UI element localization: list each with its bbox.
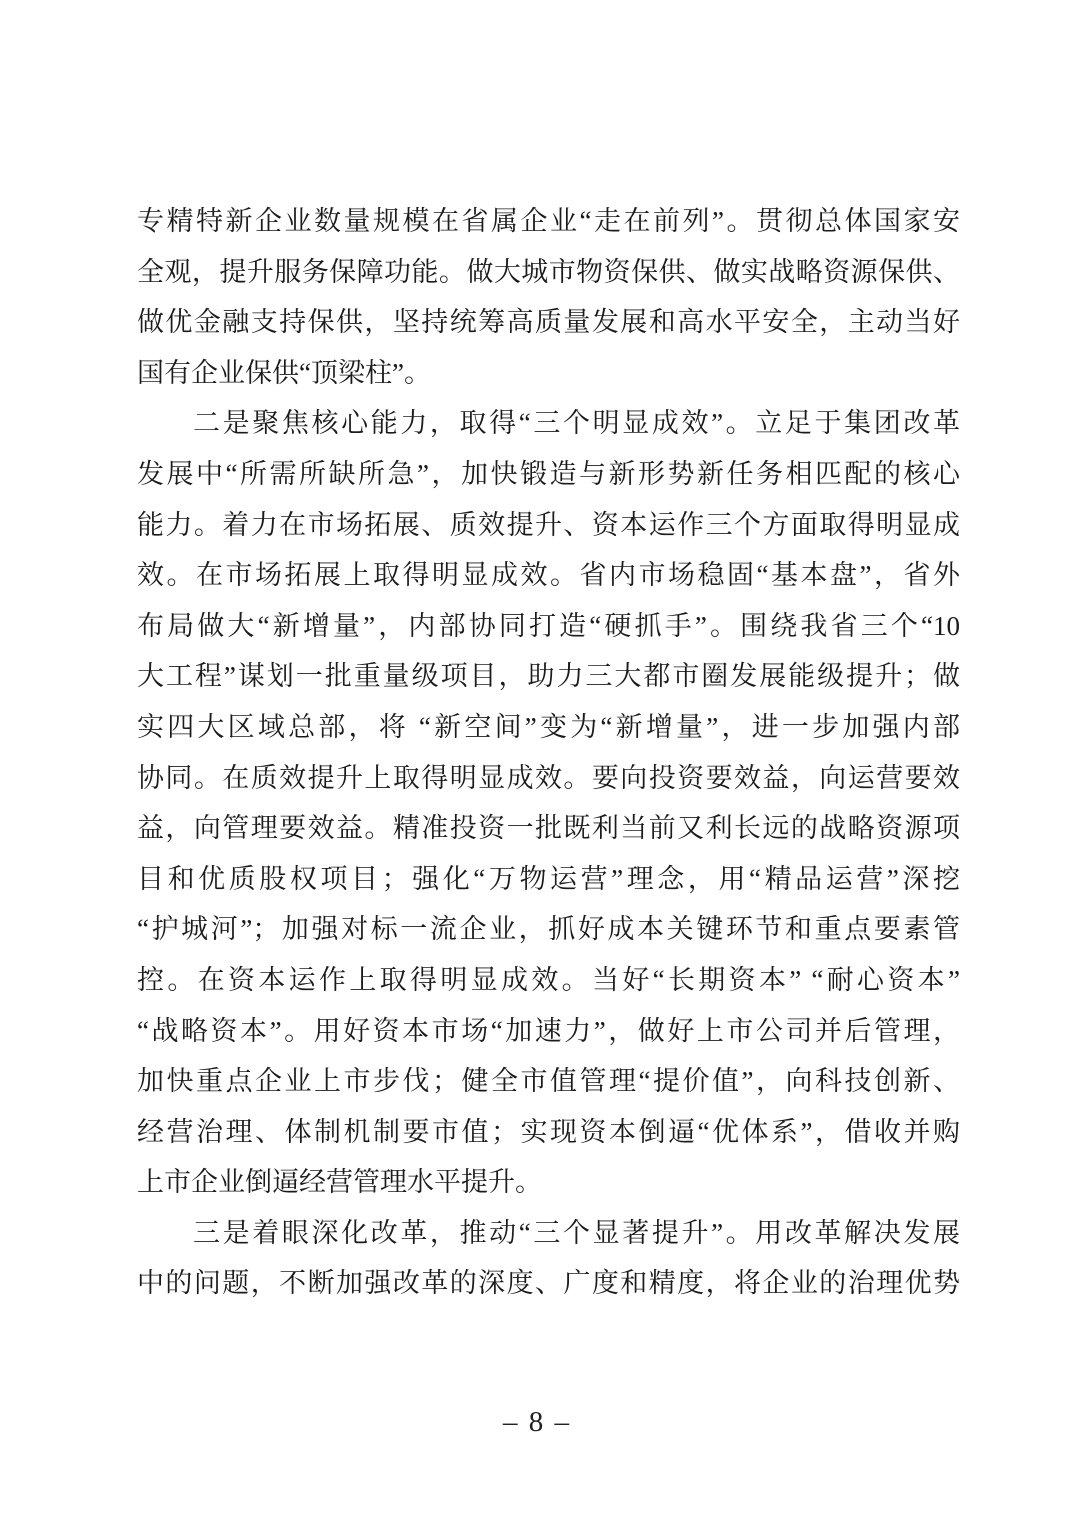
text-line: 二是聚焦核心能力，取得“三个明显成效”。立足于集团改革 <box>137 398 960 449</box>
text-line: 能力。着力在市场拓展、质效提升、资本运作三个方面取得明显成 <box>137 500 960 551</box>
text-line: 益，向管理要效益。精准投资一批既利当前又利长远的战略资源项 <box>137 803 960 854</box>
text-line: 中的问题，不断加强改革的深度、广度和精度，将企业的治理优势 <box>137 1258 960 1309</box>
document-body: 专精特新企业数量规模在省属企业“走在前列”。贯彻总体国家安 全观，提升服务保障功… <box>137 196 960 1309</box>
text-line: 协同。在质效提升上取得明显成效。要向投资要效益，向运营要效 <box>137 753 960 804</box>
text-line: “战略资本”。用好资本市场“加速力”，做好上市公司并后管理， <box>137 1006 960 1057</box>
text-line: 做优金融支持保供，坚持统筹高质量发展和高水平安全，主动当好 <box>137 297 960 348</box>
text-line: 加快重点企业上市步伐；健全市值管理“提价值”，向科技创新、 <box>137 1056 960 1107</box>
text-line: 目和优质股权项目；强化“万物运营”理念，用“精品运营”深挖 <box>137 854 960 905</box>
paragraph: 专精特新企业数量规模在省属企业“走在前列”。贯彻总体国家安 全观，提升服务保障功… <box>137 196 960 398</box>
text-line: 实四大区域总部，将 “新空间”变为“新增量”，进一步加强内部 <box>137 702 960 753</box>
document-page: 专精特新企业数量规模在省属企业“走在前列”。贯彻总体国家安 全观，提升服务保障功… <box>0 0 1074 1520</box>
text-line: 全观，提升服务保障功能。做大城市物资保供、做实战略资源保供、 <box>137 247 960 298</box>
text-line: 上市企业倒逼经营管理水平提升。 <box>137 1157 960 1208</box>
text-line: 布局做大“新增量”，内部协同打造“硬抓手”。围绕我省三个“10 <box>137 601 960 652</box>
text-line: 效。在市场拓展上取得明显成效。省内市场稳固“基本盘”，省外 <box>137 550 960 601</box>
paragraph: 二是聚焦核心能力，取得“三个明显成效”。立足于集团改革 发展中“所需所缺所急”，… <box>137 398 960 1208</box>
text-line: 国有企业保供“顶梁柱”。 <box>137 348 960 399</box>
text-line: 控。在资本运作上取得明显成效。当好“长期资本” “耐心资本” <box>137 955 960 1006</box>
text-line: “护城河”；加强对标一流企业，抓好成本关键环节和重点要素管 <box>137 904 960 955</box>
text-line: 大工程”谋划一批重量级项目，助力三大都市圈发展能级提升；做 <box>137 651 960 702</box>
text-line: 经营治理、体制机制要市值；实现资本倒逼“优体系”，借收并购 <box>137 1107 960 1158</box>
text-line: 发展中“所需所缺所急”，加快锻造与新形势新任务相匹配的核心 <box>137 449 960 500</box>
page-number: – 8 – <box>0 1406 1074 1439</box>
text-line: 专精特新企业数量规模在省属企业“走在前列”。贯彻总体国家安 <box>137 196 960 247</box>
text-line: 三是着眼深化改革，推动“三个显著提升”。用改革解决发展 <box>137 1208 960 1259</box>
paragraph: 三是着眼深化改革，推动“三个显著提升”。用改革解决发展 中的问题，不断加强改革的… <box>137 1208 960 1309</box>
